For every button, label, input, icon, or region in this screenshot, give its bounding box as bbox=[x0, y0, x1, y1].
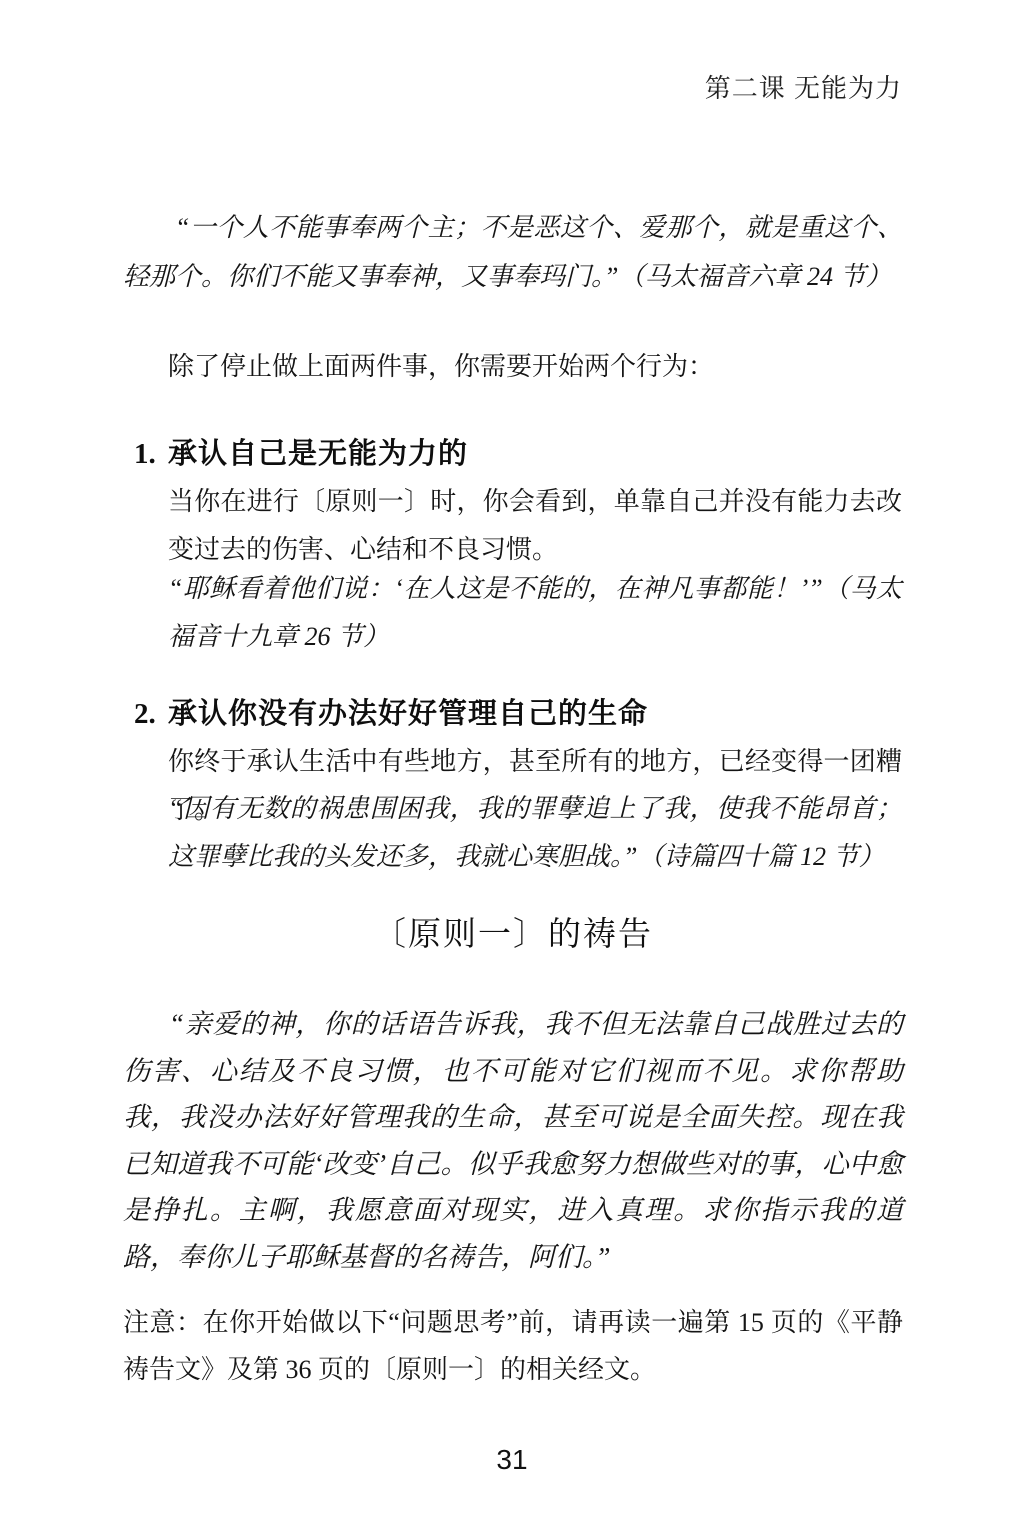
section-1-body: 当你在进行〔原则一〕时，你会看到，单靠自己并没有能力去改变过去的伤害、心结和不良… bbox=[168, 478, 902, 574]
section-2-heading: 2.承认你没有办法好好管理自己的生命 bbox=[123, 691, 914, 732]
section-1-scripture-quote: “耶稣看着他们说：‘在人这是不能的，在神凡事都能！’”（马太福音十九章 26 节… bbox=[168, 565, 902, 661]
transition-paragraph: 除了停止做上面两件事，你需要开始两个行为： bbox=[123, 343, 903, 391]
page-number: 31 bbox=[0, 1444, 1024, 1476]
intro-scripture-quote: “一个人不能事奉两个主；不是恶这个、爱那个，就是重这个、轻那个。你们不能又事奉神… bbox=[123, 203, 903, 301]
prayer-text: “亲爱的神，你的话语告诉我，我不但无法靠自己战胜过去的伤害、心结及不良习惯，也不… bbox=[123, 1001, 903, 1280]
section-2-scripture-quote: “因有无数的祸患围困我，我的罪孽追上了我，使我不能昂首；这罪孽比我的头发还多，我… bbox=[168, 785, 902, 881]
section-1-title: 承认自己是无能为力的 bbox=[168, 438, 468, 470]
section-1-heading: 1.承认自己是无能为力的 bbox=[123, 431, 914, 472]
section-2-number: 2. bbox=[134, 698, 168, 731]
prayer-heading: 〔原则一〕的祷告 bbox=[123, 908, 903, 955]
section-2-title: 承认你没有办法好好管理自己的生命 bbox=[168, 698, 648, 730]
note-paragraph: 注意：在你开始做以下“问题思考”前，请再读一遍第 15 页的《平静祷告文》及第 … bbox=[123, 1299, 903, 1393]
section-1-number: 1. bbox=[134, 438, 168, 471]
book-page: 第二课 无能为力 “一个人不能事奉两个主；不是恶这个、爱那个，就是重这个、轻那个… bbox=[0, 0, 1024, 1528]
running-header: 第二课 无能为力 bbox=[705, 68, 902, 105]
